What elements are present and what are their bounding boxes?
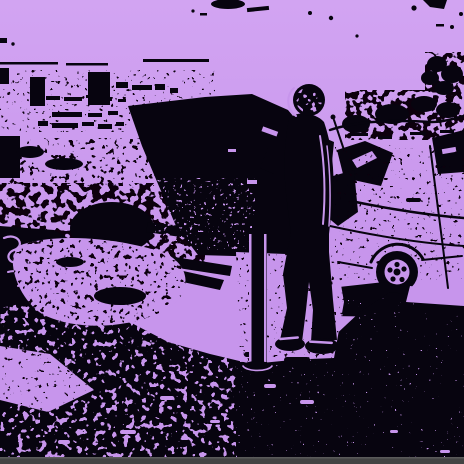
scene-canvas: Duotone junkyard scene High-contrast pur… [0,0,464,464]
person-foot [305,338,339,354]
duotone-photo: High-contrast purple-and-black threshold… [0,0,464,464]
wheel-hub [394,269,401,276]
bottom-gray-bar [0,457,464,464]
person-torso [285,113,334,234]
